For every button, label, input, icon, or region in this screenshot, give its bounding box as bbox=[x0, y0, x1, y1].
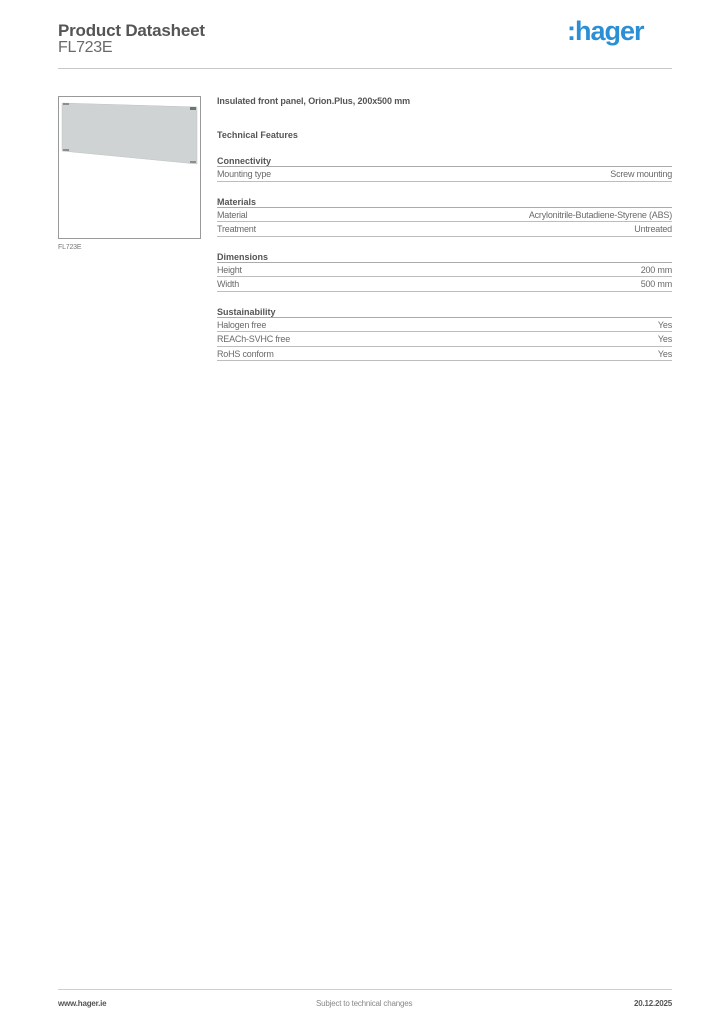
row-value: 500 mm bbox=[641, 277, 672, 291]
row-value: Yes bbox=[658, 347, 672, 361]
row-label: Treatment bbox=[217, 222, 256, 236]
hager-logo: :hager bbox=[567, 15, 644, 47]
product-description: Insulated front panel, Orion.Plus, 200x5… bbox=[217, 95, 672, 107]
table-row: Halogen free Yes bbox=[217, 318, 672, 333]
section-title: Connectivity bbox=[217, 155, 672, 167]
row-label: Halogen free bbox=[217, 318, 266, 332]
row-value: Screw mounting bbox=[610, 167, 672, 181]
row-value: Yes bbox=[658, 332, 672, 346]
front-panel-illustration bbox=[59, 97, 200, 238]
table-row: Height 200 mm bbox=[217, 263, 672, 278]
footer-notice: Subject to technical changes bbox=[316, 999, 412, 1008]
footer-date: 20.12.2025 bbox=[634, 999, 672, 1008]
row-value: Yes bbox=[658, 318, 672, 332]
row-label: Material bbox=[217, 208, 247, 222]
header-divider bbox=[58, 68, 672, 69]
technical-features-heading: Technical Features bbox=[217, 129, 672, 141]
row-value: Untreated bbox=[634, 222, 672, 236]
row-label: Height bbox=[217, 263, 242, 277]
table-row: REACh-SVHC free Yes bbox=[217, 332, 672, 347]
table-row: Mounting type Screw mounting bbox=[217, 167, 672, 182]
section-materials: Materials Material Acrylonitrile-Butadie… bbox=[217, 196, 672, 237]
section-title: Sustainability bbox=[217, 306, 672, 318]
product-image bbox=[58, 96, 201, 239]
row-value: 200 mm bbox=[641, 263, 672, 277]
product-details: Insulated front panel, Orion.Plus, 200x5… bbox=[217, 95, 672, 361]
section-sustainability: Sustainability Halogen free Yes REACh-SV… bbox=[217, 306, 672, 362]
footer-website-link[interactable]: www.hager.ie bbox=[58, 999, 106, 1008]
section-dimensions: Dimensions Height 200 mm Width 500 mm bbox=[217, 251, 672, 292]
table-row: Width 500 mm bbox=[217, 277, 672, 292]
section-title: Dimensions bbox=[217, 251, 672, 263]
footer-divider bbox=[58, 989, 672, 990]
row-label: REACh-SVHC free bbox=[217, 332, 290, 346]
datasheet-page: Product Datasheet FL723E :hager FL723E I… bbox=[0, 0, 724, 1024]
row-label: RoHS conform bbox=[217, 347, 274, 361]
table-row: Material Acrylonitrile-Butadiene-Styrene… bbox=[217, 208, 672, 223]
table-row: RoHS conform Yes bbox=[217, 347, 672, 362]
page-title: Product Datasheet bbox=[58, 21, 205, 41]
product-code: FL723E bbox=[58, 39, 112, 57]
row-label: Mounting type bbox=[217, 167, 271, 181]
table-row: Treatment Untreated bbox=[217, 222, 672, 237]
image-caption: FL723E bbox=[58, 244, 81, 251]
row-value: Acrylonitrile-Butadiene-Styrene (ABS) bbox=[529, 208, 672, 222]
row-label: Width bbox=[217, 277, 239, 291]
section-title: Materials bbox=[217, 196, 672, 208]
section-connectivity: Connectivity Mounting type Screw mountin… bbox=[217, 155, 672, 182]
